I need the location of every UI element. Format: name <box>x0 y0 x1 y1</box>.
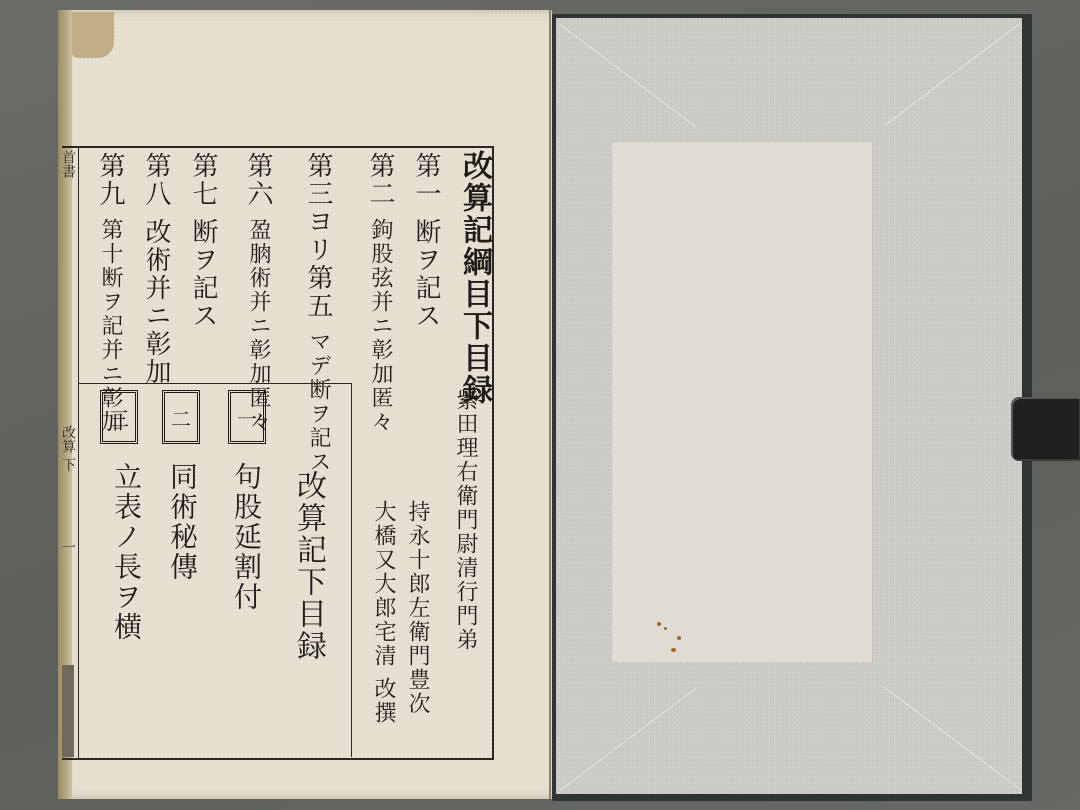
margin-header: 首書 <box>62 150 78 178</box>
chapter-entry: 第一 断ヲ記ス <box>408 152 445 330</box>
margin-volume: 改算 下 <box>62 425 78 471</box>
contents-item: 立表ノ長ヲ横 <box>106 462 146 642</box>
section-title: 改算記下目録 <box>286 470 330 662</box>
author-line: 大橋又大郎宅清 改撰 <box>368 500 399 725</box>
item-number-box: 三 <box>100 390 138 444</box>
contents-item: 同術秘傳 <box>162 462 202 582</box>
foxing-stain <box>671 648 676 652</box>
author-line: 持永十郎左衛門豊次 <box>402 500 433 716</box>
book-clasp <box>1011 397 1080 461</box>
foxing-stain <box>677 636 681 640</box>
author-line: 紫田理右衛門尉清行門弟 <box>450 388 481 652</box>
chapter-entry: 第八 改術并ニ彰加 <box>138 152 175 386</box>
contents-item: 句股延割付 <box>226 462 266 612</box>
foxing-stain <box>664 627 667 630</box>
page-title: 改算記綱目下目録 <box>452 150 496 406</box>
item-number-box: 一 <box>228 390 266 444</box>
endpaper-inner-panel <box>612 142 872 662</box>
chapter-entry: 第二 鉤股弦并ニ彰加匿々 <box>362 152 399 434</box>
item-number-box: 二 <box>162 390 200 444</box>
margin-page-number: 一 <box>60 540 78 554</box>
foxing-stain <box>657 622 661 626</box>
chapter-entry: 第七 断ヲ記ス <box>185 152 222 330</box>
paper-damage <box>72 12 114 58</box>
gutter <box>549 10 551 799</box>
